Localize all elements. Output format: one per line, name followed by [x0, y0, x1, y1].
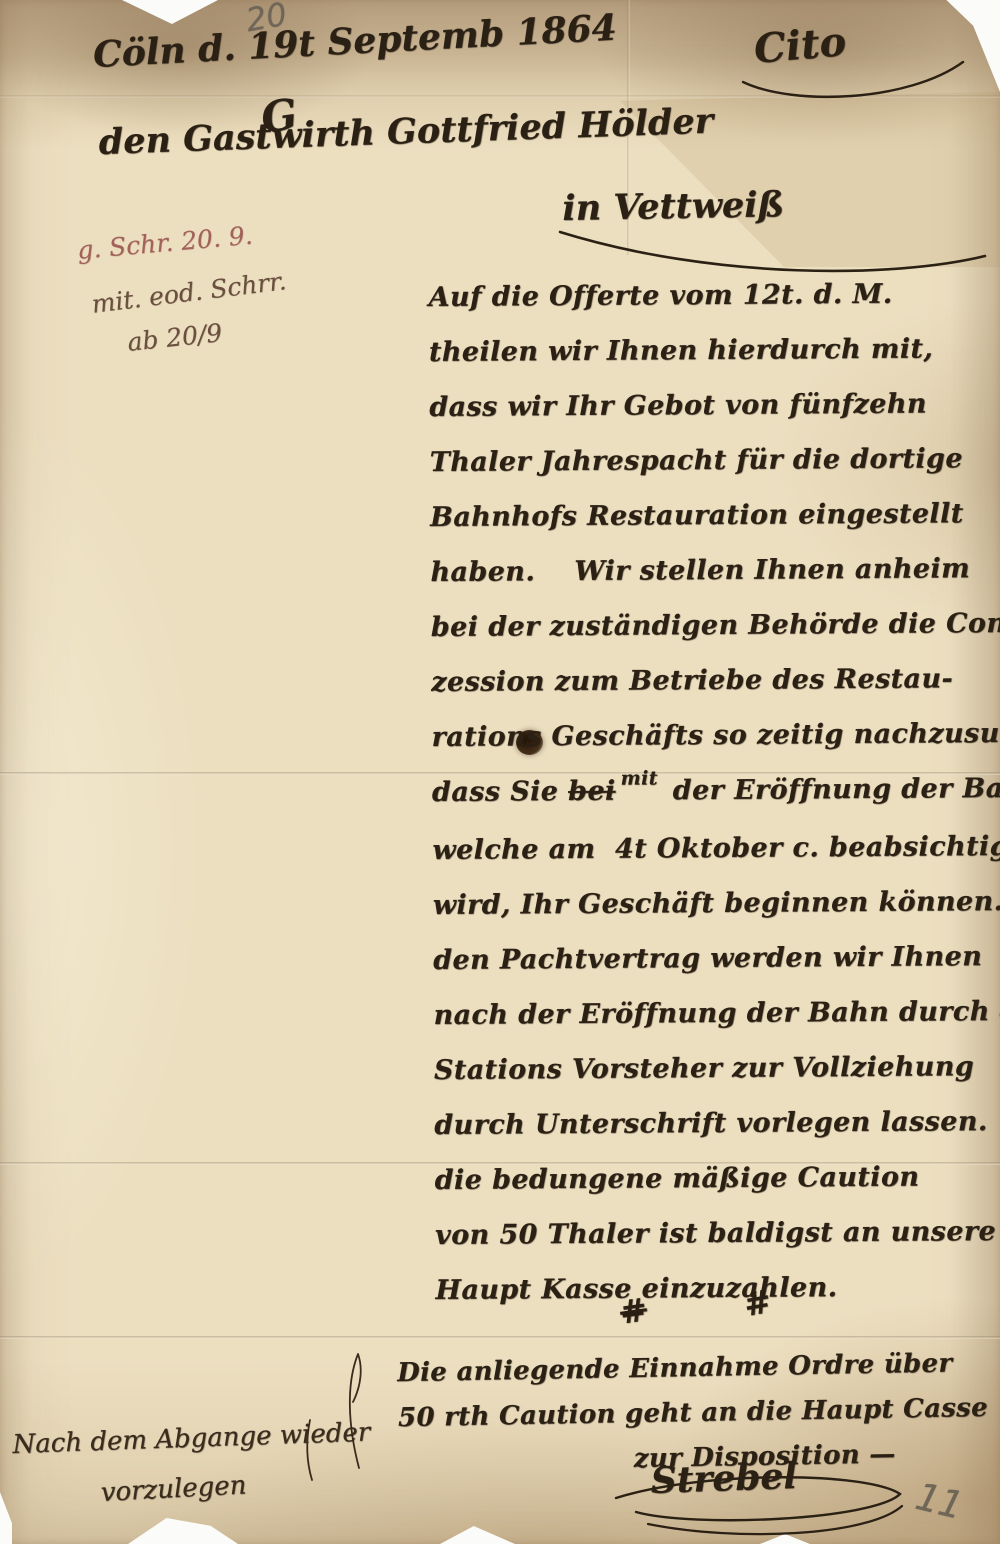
body-line: den Pachtvertrag werden wir Ihnen	[433, 929, 999, 988]
address-line-1: den Gastwirth Gottfried Hölder	[98, 101, 714, 163]
pencil-folio-number: 11	[911, 1474, 967, 1528]
body-line: durch Unterschrift vorlegen lassen.	[434, 1094, 1000, 1153]
body-line: von 50 Thaler ist baldigst an unsere	[435, 1204, 1000, 1263]
margin-note-reply: mit. eod. Schrr.	[90, 266, 288, 319]
body-line: Haupt Kasse einzuzahlen.	[435, 1259, 1000, 1318]
correction-pre: dass Sie	[432, 776, 568, 808]
body-line: haben. Wir stellen Ihnen anheim	[430, 541, 996, 600]
footer-pen-stroke-icon	[298, 1418, 318, 1482]
signature-flourish-icon	[606, 1456, 916, 1544]
body-line: theilen wir Ihnen hierdurch mit,	[429, 321, 995, 380]
body-line: die bedungene mäßige Caution	[435, 1149, 1000, 1208]
footer-note-line-2: vorzulegen	[100, 1470, 247, 1508]
letter-body: Auf die Offerte vom 12t. d. M. theilen w…	[428, 266, 1000, 1318]
paper-tear	[122, 0, 218, 24]
cito-underline-flourish-icon	[733, 44, 973, 112]
insertion-mark-struck: #	[617, 1290, 649, 1331]
letter-page: 20 Cöln d. 19t Septemb 1864 Cito G den G…	[0, 0, 1000, 1544]
body-line: wird, Ihr Geschäft beginnen können.	[433, 874, 999, 933]
margin-note-presented: g. Schr. 20. 9.	[76, 221, 254, 265]
paper-tear	[440, 1526, 515, 1544]
margin-note-dispatched: ab 20/9	[126, 318, 224, 357]
body-line-with-correction: dass Sie beimit der Eröffnung der Bahn	[432, 761, 998, 823]
body-line: Auf die Offerte vom 12t. d. M.	[428, 266, 994, 325]
paper-tear	[0, 1492, 12, 1544]
body-line: dass wir Ihr Gebot von fünfzehn	[429, 376, 995, 435]
body-line: rations Geschäfts so zeitig nachzusuchen…	[431, 706, 997, 765]
body-line: welche am 4t Oktober c. beabsichtigt	[432, 819, 998, 878]
paper-tear	[128, 1518, 238, 1544]
body-line: Stations Vorsteher zur Vollziehung	[434, 1039, 1000, 1098]
fold-crease	[0, 1336, 1000, 1339]
postscript-bracket-stroke-icon	[342, 1350, 368, 1472]
inserted-word: mit	[620, 751, 658, 806]
body-line: Thaler Jahrespacht für die dortige	[430, 431, 996, 490]
correction-post: der Eröffnung der Bahn	[663, 773, 1000, 807]
body-line: Bahnhofs Restauration eingestellt	[430, 486, 996, 545]
body-line: nach der Eröffnung der Bahn durch den	[433, 984, 999, 1043]
struck-word: bei	[568, 776, 616, 807]
body-line: zession zum Betriebe des Restau-	[431, 651, 997, 710]
body-line: bei der zuständigen Behörde die Con-	[431, 596, 997, 655]
